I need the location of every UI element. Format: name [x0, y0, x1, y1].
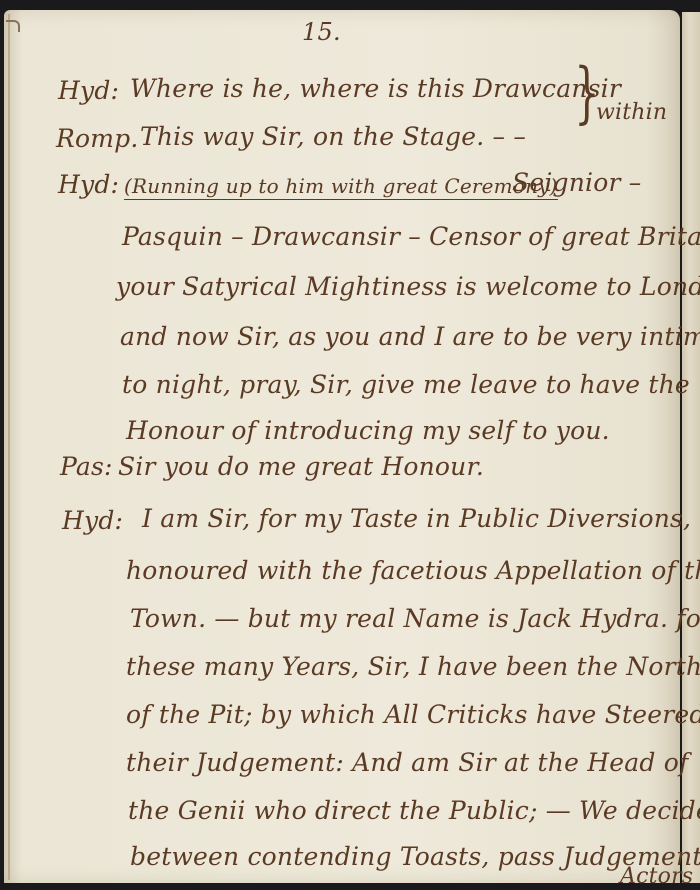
dialogue-line: I am Sir, for my Taste in Public Diversi… [142, 504, 691, 533]
dialogue-line: Seignior – [512, 168, 641, 197]
dialogue-line: your Satyrical Mightiness is welcome to … [116, 272, 700, 301]
manuscript-scan: 15. Hyd: Where is he, where is this Draw… [0, 0, 700, 890]
speaker-label: Romp. [56, 124, 139, 153]
margin-note-within: within [596, 100, 667, 125]
dialogue-line: of the Pit; by which All Criticks have S… [126, 700, 700, 729]
catchword: Actors [620, 864, 693, 889]
dialogue-line: between contending Toasts, pass Judgemen… [130, 842, 700, 871]
speaker-label: Hyd: [58, 76, 119, 105]
dialogue-line: the Genii who direct the Public; — We de… [128, 796, 700, 825]
speaker-label: Pas: [60, 452, 113, 481]
dialogue-line: their Judgement: And am Sir at the Head … [126, 748, 688, 777]
dialogue-line: Pasquin – Drawcansir – Censor of great B… [122, 222, 700, 251]
speaker-label: Hyd: [62, 506, 123, 535]
dialogue-line: to night, pray, Sir, give me leave to ha… [122, 370, 690, 399]
dialogue-line: Sir you do me great Honour. [118, 452, 484, 481]
stage-direction: (Running up to him with great Ceremony) [124, 174, 558, 200]
corner-fold [6, 20, 20, 32]
page-number: 15. [302, 18, 341, 46]
dialogue-line: honoured with the facetious Appellation … [126, 556, 700, 585]
dialogue-line: and now Sir, as you and I are to be very… [120, 322, 700, 351]
dialogue-line: these many Years, Sir, I have been the N… [126, 652, 700, 681]
speaker-label: Hyd: [58, 170, 119, 199]
dialogue-line: Where is he, where is this Drawcansir [130, 74, 621, 103]
binding-margin [8, 14, 10, 880]
dialogue-line: Honour of introducing my self to you. [126, 416, 610, 445]
dialogue-line: Town. — but my real Name is Jack Hydra. … [130, 604, 700, 633]
dialogue-line: This way Sir, on the Stage. – – [140, 122, 526, 151]
